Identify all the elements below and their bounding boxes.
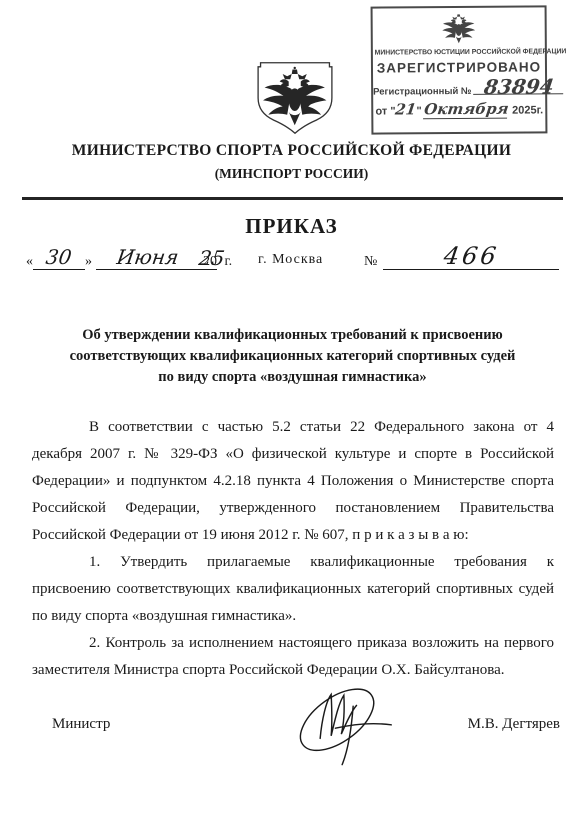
stamp-date-prefix: от bbox=[375, 106, 387, 118]
stamp-quote-close: " bbox=[416, 105, 421, 117]
stamp-reg-label: Регистрационный № bbox=[373, 86, 471, 98]
stamp-date-year: 2025г. bbox=[512, 104, 543, 116]
document-type-title: ПРИКАЗ bbox=[0, 214, 583, 239]
signature-scribble bbox=[288, 672, 398, 776]
registration-stamp: МИНИСТЕРСТВО ЮСТИЦИИ РОССИЙСКОЙ ФЕДЕРАЦИ… bbox=[371, 5, 548, 134]
order-title-line1: Об утверждении квалификационных требован… bbox=[40, 325, 545, 346]
order-year-suffix: г. bbox=[224, 254, 232, 269]
order-day-handwritten: 30 bbox=[45, 250, 72, 264]
header-divider bbox=[22, 197, 563, 200]
order-title-line3: по виду спорта «воздушная гимнастика» bbox=[40, 367, 545, 388]
stamp-registration-number-line: Регистрационный № 83894 bbox=[373, 79, 545, 97]
ministry-short-name: (МИНСПОРТ РОССИИ) bbox=[0, 166, 583, 182]
order-number-handwritten: 466 bbox=[443, 247, 500, 265]
date-quote-close: » bbox=[85, 254, 92, 269]
stamp-agency-line: МИНИСТЕРСТВО ЮСТИЦИИ РОССИЙСКОЙ ФЕДЕРАЦИ… bbox=[375, 48, 544, 56]
order-number: № 466 bbox=[364, 247, 559, 270]
order-title-line2: соответствующих квалификационных категор… bbox=[40, 346, 545, 367]
body-paragraph-item1: 1. Утвердить прилагаемые квалификационны… bbox=[32, 549, 554, 630]
date-quote-open: « bbox=[26, 254, 33, 269]
order-year-handwritten: 25 bbox=[198, 251, 225, 265]
order-meta-row: «30» Июня 2025г. г. Москва № 466 bbox=[26, 244, 559, 276]
stamp-reg-number-handwritten: 83894 bbox=[473, 79, 565, 95]
order-date: «30» Июня 2025г. bbox=[26, 250, 232, 270]
coat-of-arms-emblem bbox=[254, 60, 336, 136]
stamp-double-headed-eagle-icon bbox=[439, 12, 479, 48]
stamp-date-month-handwritten: Октября bbox=[423, 100, 510, 120]
stamp-date-day-handwritten: 21 bbox=[394, 100, 417, 118]
ministry-name: МИНИСТЕРСТВО СПОРТА РОССИЙСКОЙ ФЕДЕРАЦИИ bbox=[0, 142, 583, 160]
order-city: г. Москва bbox=[258, 252, 323, 268]
order-month-handwritten: Июня bbox=[116, 250, 179, 264]
stamp-registered-label: ЗАРЕГИСТРИРОВАНО bbox=[373, 59, 545, 75]
signatory-name: М.В. Дегтярев bbox=[468, 716, 560, 733]
stamp-date-line: от "21" Октября 2025г. bbox=[373, 99, 545, 119]
order-body: В соответствии с частью 5.2 статьи 22 Фе… bbox=[32, 414, 554, 684]
body-paragraph-preamble: В соответствии с частью 5.2 статьи 22 Фе… bbox=[32, 414, 554, 549]
signatory-position: Министр bbox=[52, 716, 110, 733]
order-subject-title: Об утверждении квалификационных требован… bbox=[40, 325, 545, 388]
document-page: МИНИСТЕРСТВО ЮСТИЦИИ РОССИЙСКОЙ ФЕДЕРАЦИ… bbox=[0, 0, 583, 828]
number-sign: № bbox=[364, 254, 383, 270]
